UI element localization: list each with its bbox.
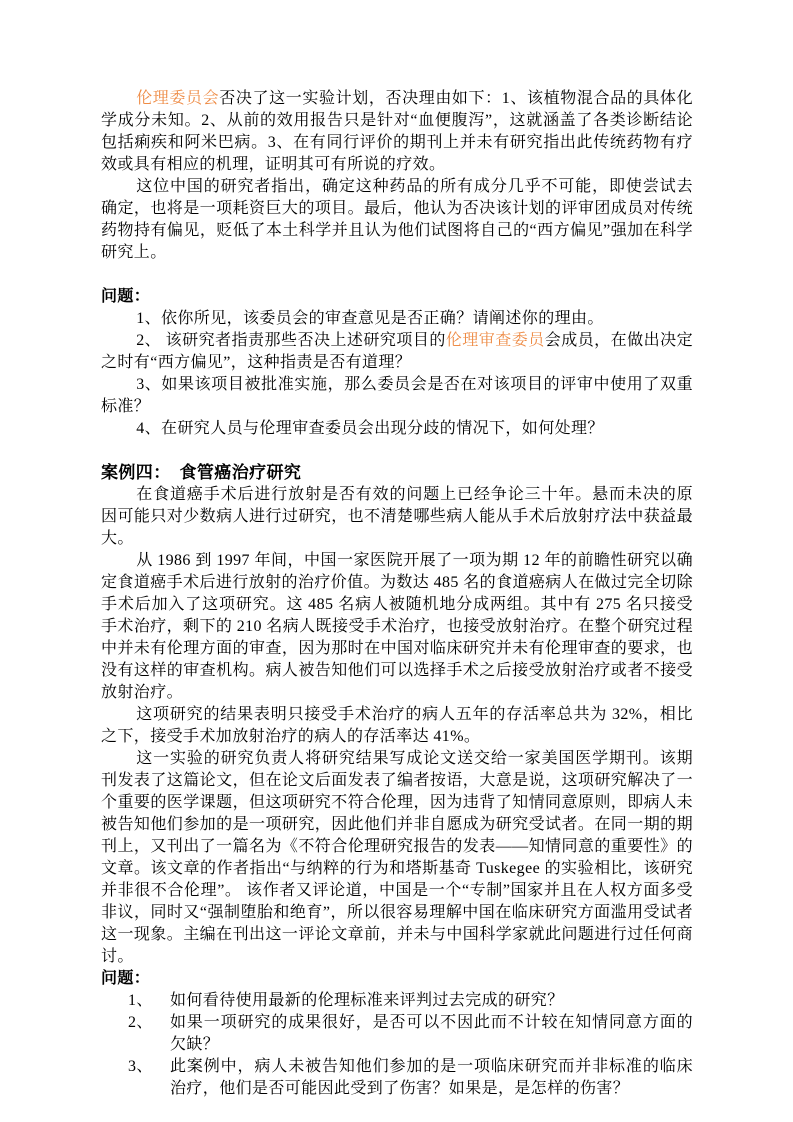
item-number: 3、	[128, 1056, 153, 1078]
text-run: 问题：	[101, 288, 150, 305]
paragraph: 从 1986 到 1997 年间，中国一家医院开展了一项为期 12 年的前瞻性研…	[101, 550, 693, 704]
text-run: 此案例中，病人未被告知他们参加的是一项临床研究而并非标准的临床治疗，他们是否可能…	[170, 1058, 693, 1097]
text-run: 2、 该研究者指责那些否决上述研究项目的	[136, 332, 446, 349]
paragraph: 这一实验的研究负责人将研究结果写成论文送交给一家美国医学期刊。该期刊发表了这篇论…	[101, 748, 693, 968]
item-number: 1、	[128, 990, 153, 1012]
ethics-review-committee-link[interactable]: 伦理审查委员	[446, 332, 545, 349]
paragraph: 1、依你所见，该委员会的审查意见是否正确？请阐述你的理由。	[101, 308, 693, 330]
question-item: 2、如果一项研究的成果很好，是否可以不因此而不计较在知情同意方面的欠缺？	[101, 1012, 693, 1056]
text-run: 从 1986 到 1997 年间，中国一家医院开展了一项为期 12 年的前瞻性研…	[101, 552, 693, 701]
blank-line	[101, 440, 693, 462]
questions-heading: 问题：	[101, 286, 693, 308]
item-text: 此案例中，病人未被告知他们参加的是一项临床研究而并非标准的临床治疗，他们是否可能…	[170, 1058, 693, 1097]
text-run: 问题：	[101, 970, 150, 987]
text-run: 如何看待使用最新的伦理标准来评判过去完成的研究？	[170, 992, 564, 1009]
text-run: 在食道癌手术后进行放射是否有效的问题上已经争论三十年。悬而未决的原因可能只对少数…	[101, 486, 693, 547]
item-number: 2、	[128, 1012, 153, 1034]
paragraph: 伦理委员会否决了这一实验计划，否决理由如下：1、该植物混合品的具体化学成分未知。…	[101, 88, 693, 176]
question-item: 1、如何看待使用最新的伦理标准来评判过去完成的研究？	[101, 990, 693, 1012]
paragraph: 4、在研究人员与伦理审查委员会出现分歧的情况下，如何处理？	[101, 418, 693, 440]
item-text: 如果一项研究的成果很好，是否可以不因此而不计较在知情同意方面的欠缺？	[170, 1014, 693, 1053]
text-run: 这项研究的结果表明只接受手术治疗的病人五年的存活率总共为 32%，相比之下，接受…	[101, 706, 693, 745]
text-run: 4、在研究人员与伦理审查委员会出现分歧的情况下，如何处理？	[136, 420, 604, 437]
document-page: 伦理委员会否决了这一实验计划，否决理由如下：1、该植物混合品的具体化学成分未知。…	[0, 0, 793, 1122]
paragraph: 在食道癌手术后进行放射是否有效的问题上已经争论三十年。悬而未决的原因可能只对少数…	[101, 484, 693, 550]
text-run: 3、如果该项目被批准实施，那么委员会是否在对该项目的评审中使用了双重标准？	[101, 376, 693, 415]
ethics-committee-link[interactable]: 伦理委员会	[136, 90, 219, 107]
text-run: 1、依你所见，该委员会的审查意见是否正确？请阐述你的理由。	[136, 310, 604, 327]
item-text: 如何看待使用最新的伦理标准来评判过去完成的研究？	[170, 992, 564, 1009]
text-run: 这一实验的研究负责人将研究结果写成论文送交给一家美国医学期刊。该期刊发表了这篇论…	[101, 750, 693, 965]
case-title: 案例四： 食管癌治疗研究	[101, 462, 693, 484]
question-item: 3、此案例中，病人未被告知他们参加的是一项临床研究而并非标准的临床治疗，他们是否…	[101, 1056, 693, 1100]
blank-line	[101, 264, 693, 286]
paragraph: 3、如果该项目被批准实施，那么委员会是否在对该项目的评审中使用了双重标准？	[101, 374, 693, 418]
paragraph: 这位中国的研究者指出，确定这种药品的所有成分几乎不可能，即使尝试去确定，也将是一…	[101, 176, 693, 264]
document-body: 伦理委员会否决了这一实验计划，否决理由如下：1、该植物混合品的具体化学成分未知。…	[101, 88, 693, 1100]
paragraph: 这项研究的结果表明只接受手术治疗的病人五年的存活率总共为 32%，相比之下，接受…	[101, 704, 693, 748]
paragraph: 2、 该研究者指责那些否决上述研究项目的伦理审查委员会成员，在做出决定之时有“西…	[101, 330, 693, 374]
questions-heading: 问题：	[101, 968, 693, 990]
text-run: 这位中国的研究者指出，确定这种药品的所有成分几乎不可能，即使尝试去确定，也将是一…	[101, 178, 693, 261]
text-run: 如果一项研究的成果很好，是否可以不因此而不计较在知情同意方面的欠缺？	[170, 1014, 693, 1053]
text-run: 案例四： 食管癌治疗研究	[101, 463, 301, 482]
